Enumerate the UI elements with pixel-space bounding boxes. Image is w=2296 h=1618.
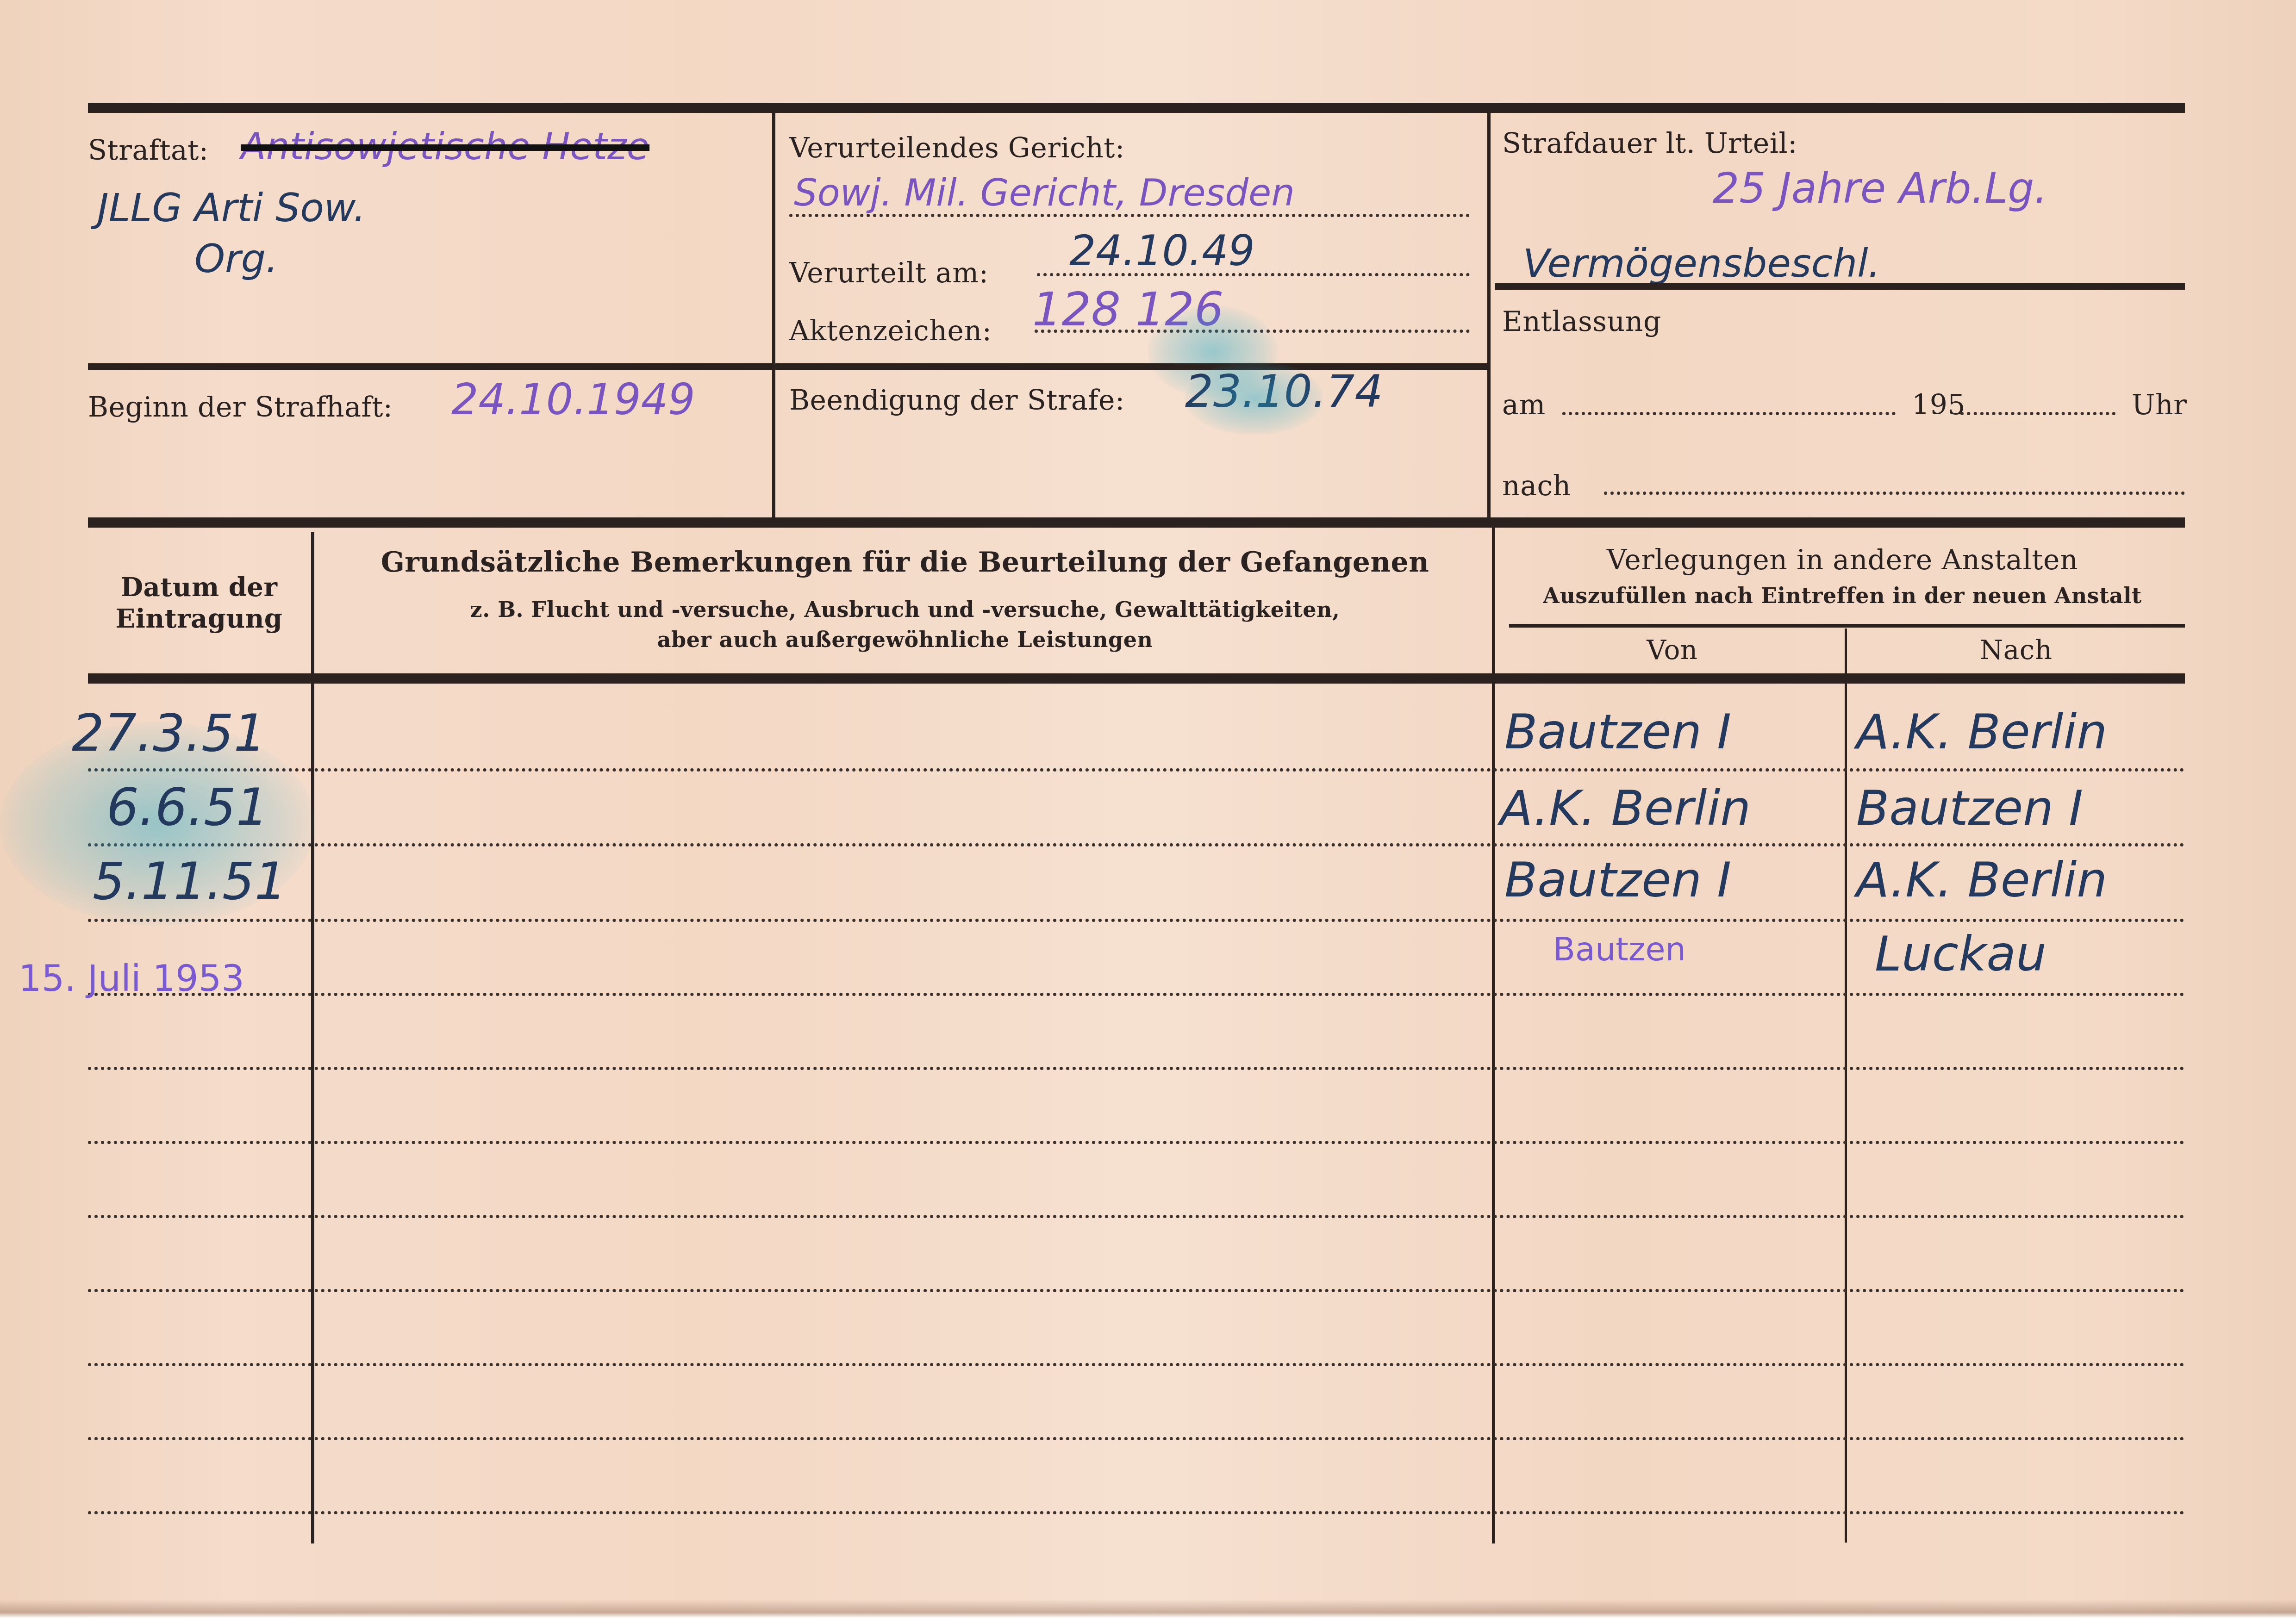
- offense-entry-line2: Org.: [194, 236, 278, 281]
- sentence-value[interactable]: 25 Jahre Arb.Lg.: [1713, 164, 2047, 213]
- header-rule: [88, 673, 2185, 684]
- row-to[interactable]: Luckau: [1875, 926, 2046, 982]
- sentence-label: Strafdauer lt. Urteil:: [1502, 127, 1797, 160]
- offense-struck-entry: Antisowjetische Hetze: [241, 125, 649, 168]
- sentenced-value[interactable]: 24.10.49: [1069, 227, 1255, 275]
- divider-date-remarks: [311, 532, 314, 1543]
- sentenced-label: Verurteilt am:: [789, 257, 988, 289]
- release-year-prefix: 195: [1912, 389, 1965, 421]
- release-uhr-label: Uhr: [2132, 389, 2187, 421]
- divider-from-to: [1845, 629, 1847, 1543]
- ink-smudge: [1185, 361, 1324, 435]
- court-label: Verurteilendes Gericht:: [789, 132, 1125, 164]
- col-remarks-sub2: aber auch außergewöhnliche Leistungen: [319, 627, 1491, 652]
- court-value[interactable]: Sowj. Mil. Gericht, Dresden: [794, 171, 1295, 214]
- sentenced-dotted-line: [1037, 273, 1470, 276]
- row-from[interactable]: A.K. Berlin: [1500, 780, 1751, 836]
- row-from[interactable]: Bautzen I: [1504, 852, 1731, 908]
- section-rule: [88, 517, 2185, 528]
- row-to[interactable]: Bautzen I: [1856, 780, 2083, 836]
- transfer-sub-rule: [1509, 624, 2185, 628]
- row-date[interactable]: 5.11.51: [93, 852, 287, 911]
- sentence-extra[interactable]: Vermögensbeschl.: [1523, 241, 1880, 286]
- release-label: Entlassung: [1502, 305, 1661, 338]
- col-date-line1: Datum der: [93, 572, 306, 603]
- release-time-dotted: [1986, 412, 2115, 415]
- col-from-header: Von: [1500, 634, 1845, 666]
- row-to[interactable]: A.K. Berlin: [1856, 852, 2107, 908]
- row-from[interactable]: Bautzen I: [1504, 703, 1731, 760]
- col-date-header: Datum der Eintragung: [93, 572, 306, 635]
- top-rule: [88, 103, 2185, 113]
- release-year-dotted: [1960, 412, 1984, 415]
- file-number-label: Aktenzeichen:: [789, 315, 992, 347]
- detention-start-value[interactable]: 24.10.1949: [451, 375, 695, 424]
- row-date[interactable]: 6.6.51: [106, 778, 268, 837]
- offense-entry-line1: JLLG Arti Sow.: [97, 185, 366, 230]
- detention-start-label: Beginn der Strafhaft:: [88, 391, 393, 423]
- row-from-stamp[interactable]: Bautzen: [1553, 930, 1686, 968]
- sentence-rule: [1495, 283, 2185, 290]
- col-transfer-title: Verlegungen in andere Anstalten: [1500, 544, 2185, 576]
- row-date[interactable]: 27.3.51: [72, 703, 266, 763]
- court-dotted-line: [789, 214, 1470, 217]
- paper-edge: [0, 1599, 2296, 1618]
- release-nach-dotted: [1604, 492, 2185, 495]
- release-date-dotted: [1562, 412, 1896, 415]
- offense-label: Straftat:: [88, 134, 209, 167]
- col-remarks-sub1: z. B. Flucht und -versuche, Ausbruch und…: [319, 597, 1491, 622]
- sentence-end-label: Beendigung der Strafe:: [789, 384, 1125, 417]
- row-date-stamp[interactable]: 15. Juli 1953: [19, 958, 244, 1000]
- release-am-label: am: [1502, 389, 1546, 421]
- col-date-line2: Eintragung: [93, 603, 306, 635]
- divider-court-sentence: [1487, 111, 1491, 521]
- col-to-header: Nach: [1847, 634, 2185, 666]
- row-to[interactable]: A.K. Berlin: [1856, 703, 2107, 760]
- divider-offense-court: [772, 111, 775, 521]
- col-transfer-sub: Auszufüllen nach Eintreffen in der neuen…: [1500, 583, 2185, 608]
- release-nach-label: nach: [1502, 470, 1571, 502]
- col-remarks-title: Grundsätzliche Bemerkungen für die Beurt…: [319, 546, 1491, 579]
